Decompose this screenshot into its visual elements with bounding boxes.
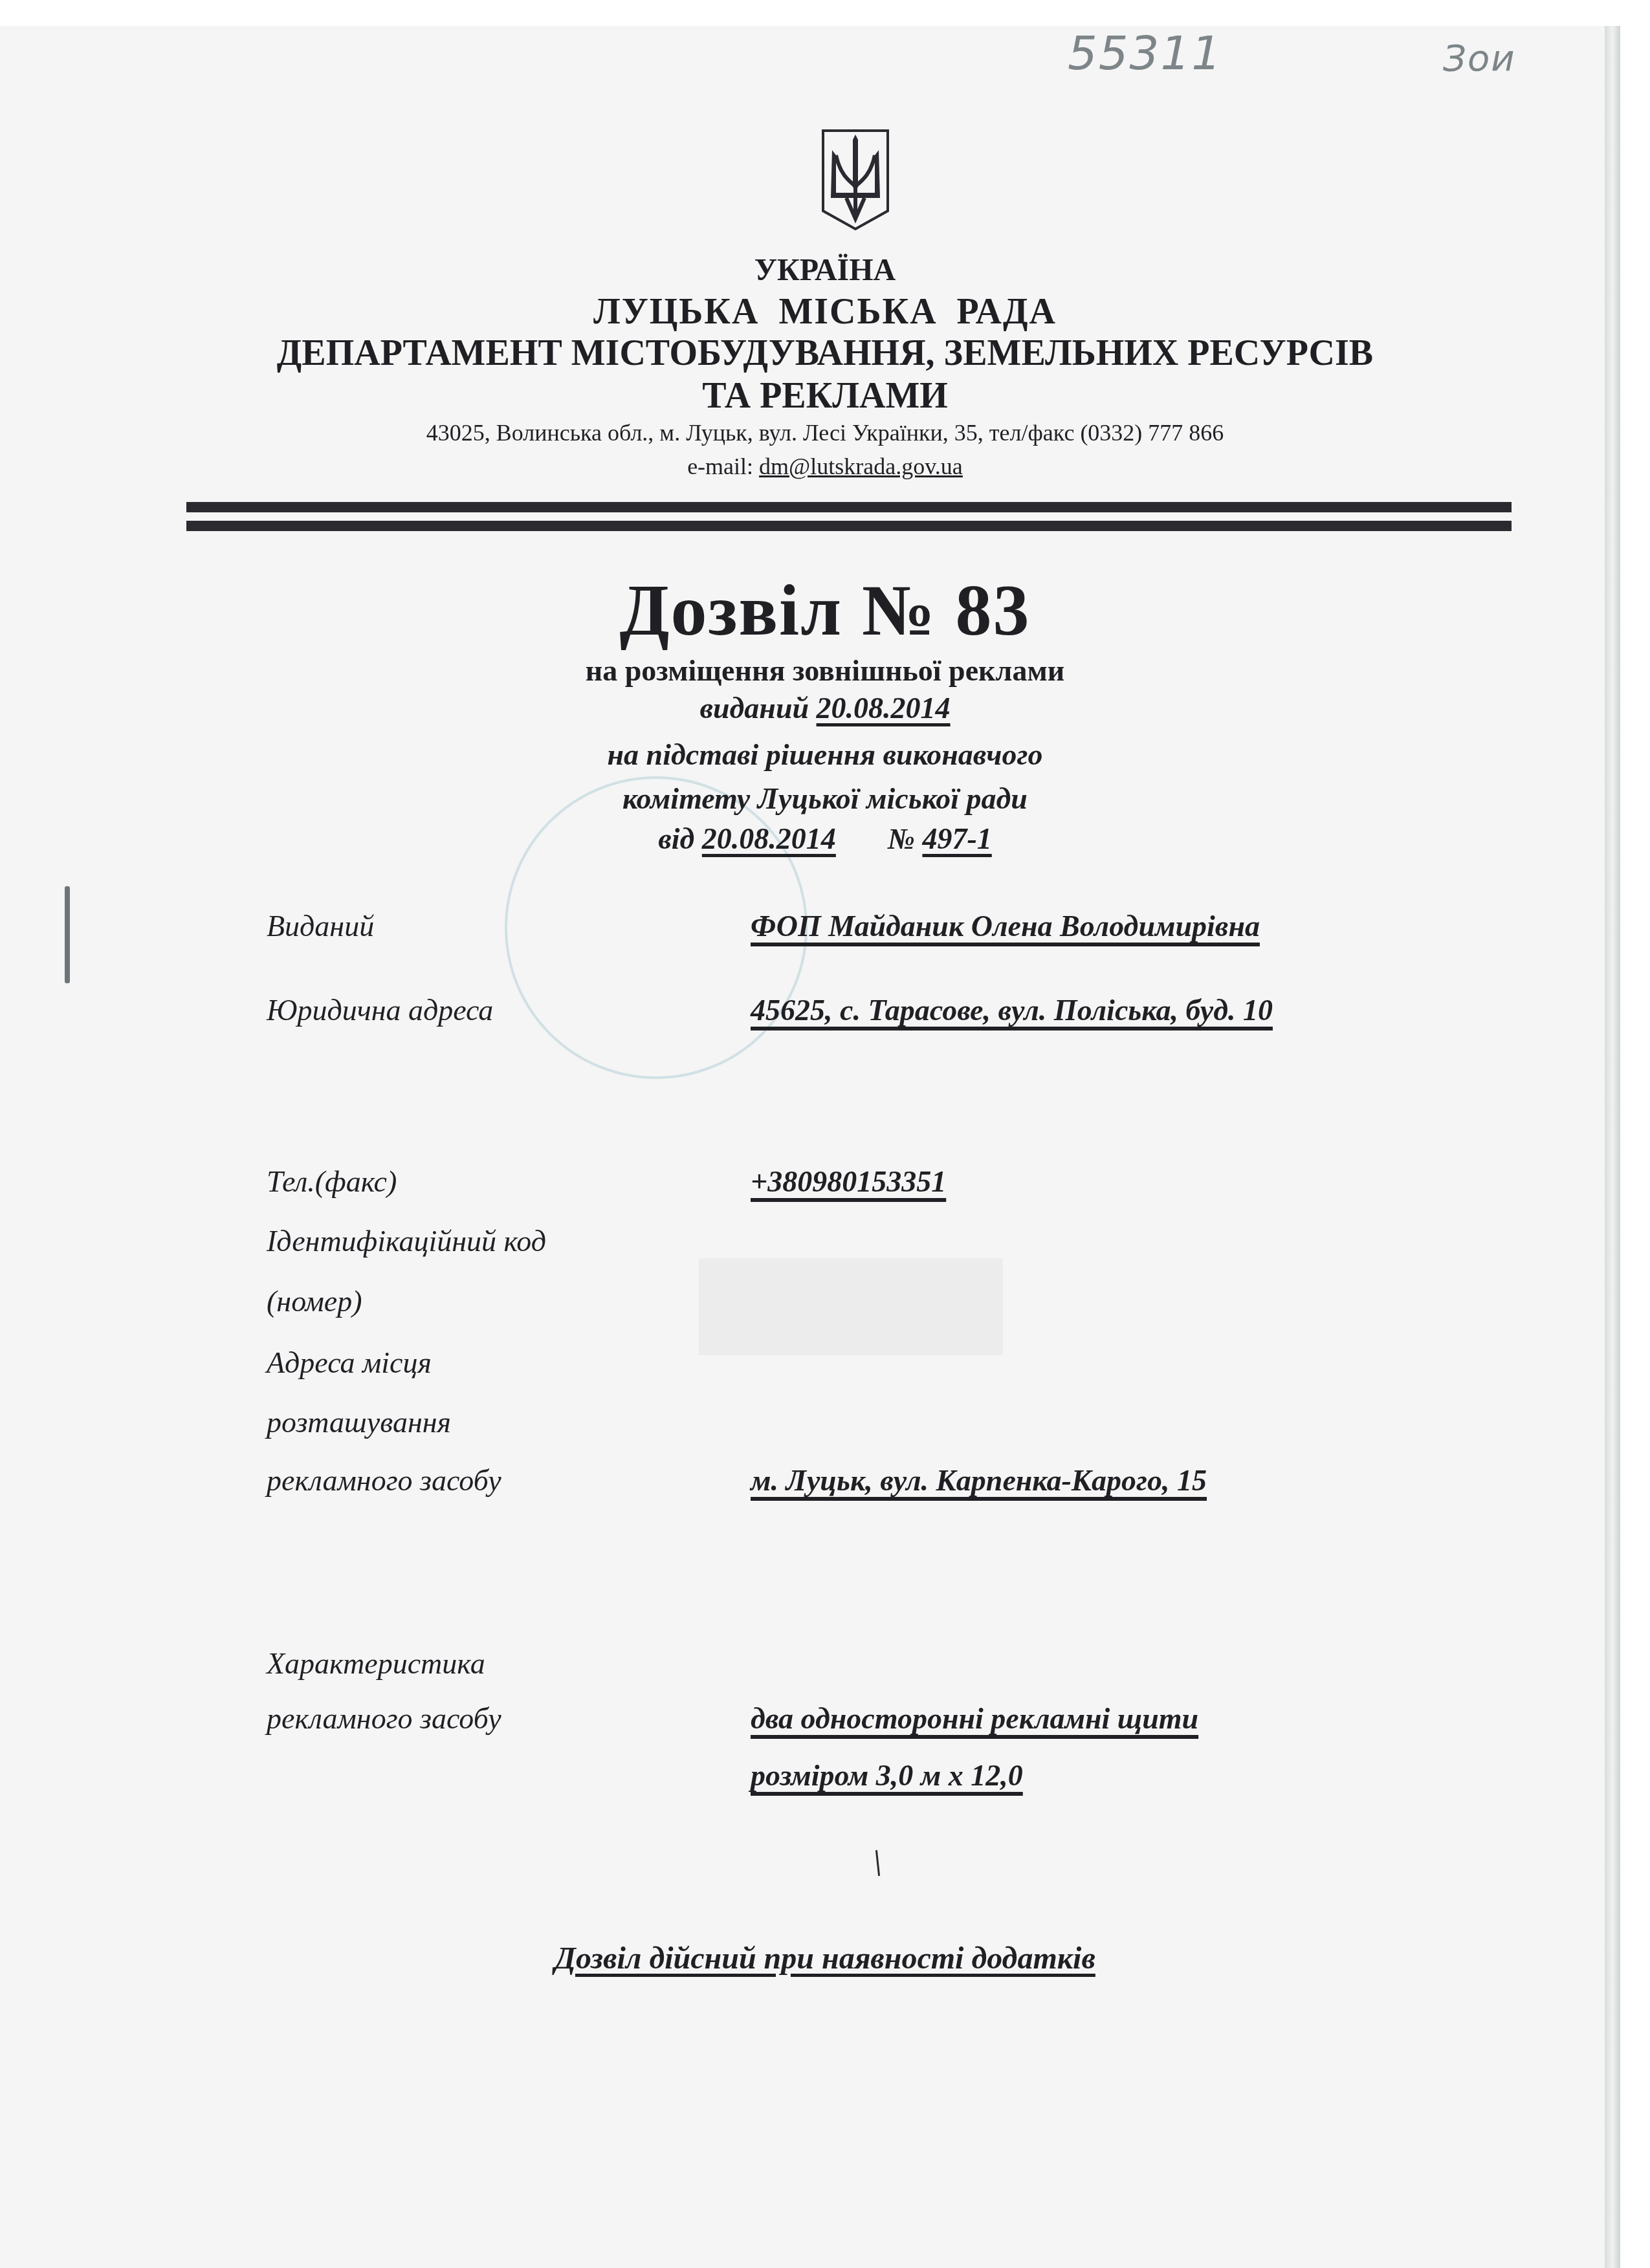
permit-issued-line: виданий 20.08.2014 bbox=[0, 691, 1650, 725]
trident-emblem-icon bbox=[820, 128, 890, 232]
validity-note: Дозвіл дійсний при наявності додатків bbox=[0, 1941, 1650, 1976]
header-department: ДЕПАРТАМЕНТ МІСТОБУДУВАННЯ, ЗЕМЕЛЬНИХ РЕ… bbox=[0, 333, 1650, 374]
header-address: 43025, Волинська обл., м. Луцьк, вул. Ле… bbox=[0, 419, 1650, 446]
location-value: м. Луцьк, вул. Карпенка-Карого, 15 bbox=[751, 1463, 1207, 1498]
id-code-redacted bbox=[699, 1258, 1003, 1355]
permit-decision-line: від 20.08.2014№ 497-1 bbox=[0, 822, 1650, 856]
issued-label: виданий bbox=[699, 692, 816, 725]
permit-subtitle: на розміщення зовнішньої реклами bbox=[0, 653, 1650, 688]
decision-date: 20.08.2014 bbox=[702, 822, 836, 855]
id-code-label: Ідентифікаційний код bbox=[267, 1224, 546, 1258]
email-label: e-mail: bbox=[687, 453, 759, 479]
location-label-line1: Адреса місця bbox=[267, 1346, 432, 1380]
issued-to-label: Виданий bbox=[267, 909, 374, 943]
header-council: ЛУЦЬКА МІСЬКА РАДА bbox=[0, 291, 1650, 333]
issued-to-value: ФОП Майданик Олена Володимирівна bbox=[751, 909, 1260, 943]
header-country: УКРАЇНА bbox=[0, 252, 1650, 288]
decision-from-label: від bbox=[658, 822, 702, 855]
location-label-line3: рекламного засобу bbox=[267, 1463, 501, 1498]
id-code-label-line2: (номер) bbox=[267, 1284, 362, 1318]
characteristics-label-line1: Характеристика bbox=[267, 1646, 485, 1681]
characteristics-label-line2: рекламного засобу bbox=[267, 1701, 501, 1736]
characteristics-value-line2: розміром 3,0 м х 12,0 bbox=[751, 1758, 1023, 1793]
permit-title: Дозвіл № 83 bbox=[0, 569, 1650, 653]
header-divider-bottom bbox=[186, 521, 1512, 531]
phone-value: +380980153351 bbox=[751, 1164, 946, 1199]
staple-mark bbox=[65, 886, 70, 983]
permit-basis-line2: комітету Луцької міської ради bbox=[0, 781, 1650, 816]
handwritten-note: Зои bbox=[1443, 38, 1516, 80]
email-link[interactable]: dm@lutskrada.gov.ua bbox=[759, 453, 963, 479]
characteristics-value-line1: два односторонні рекламні щити bbox=[751, 1701, 1198, 1736]
phone-label: Тел.(факс) bbox=[267, 1164, 397, 1199]
header-department-line2: ТА РЕКЛАМИ bbox=[0, 375, 1650, 417]
permit-basis-line1: на підставі рішення виконавчого bbox=[0, 737, 1650, 772]
header-divider-top bbox=[186, 502, 1512, 512]
legal-address-value: 45625, с. Тарасове, вул. Поліська, буд. … bbox=[751, 993, 1273, 1027]
decision-number-label: № bbox=[888, 822, 923, 855]
header-email-line: e-mail: dm@lutskrada.gov.ua bbox=[0, 453, 1650, 480]
decision-number: 497-1 bbox=[922, 822, 991, 855]
location-label-line2: розташування bbox=[267, 1405, 451, 1439]
issued-date: 20.08.2014 bbox=[817, 692, 951, 725]
legal-address-label: Юридична адреса bbox=[267, 993, 493, 1027]
handwritten-number: 55311 bbox=[1068, 26, 1222, 80]
